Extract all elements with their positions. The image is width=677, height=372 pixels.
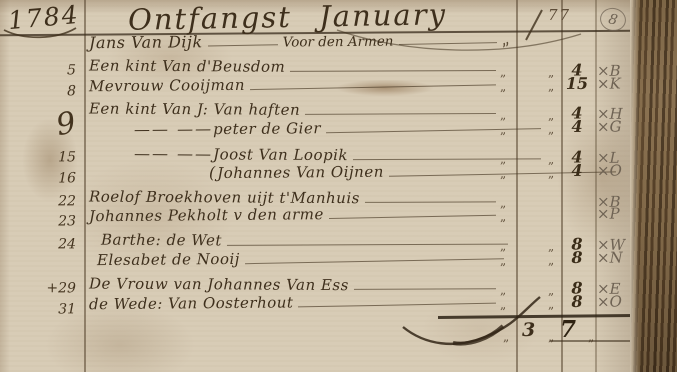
dash-line — [305, 113, 496, 115]
ditto-mark: „ — [548, 253, 554, 267]
ditto-dashes: —— —— — [134, 144, 213, 163]
entry-text: Elesabet de Nooij — [89, 248, 509, 270]
ditto-mark: „ — [548, 330, 554, 344]
dash-line — [365, 201, 496, 203]
entry-name: peter de Gier — [213, 119, 321, 138]
entry-name: Johannes Pekholt v den arme — [89, 206, 324, 226]
day-of-month: 8 — [14, 83, 76, 100]
dash-line — [208, 44, 278, 46]
total-bracket-flourish — [395, 293, 545, 351]
ledger-row: Elesabet de Nooij „ „ 8 ×N — [0, 246, 640, 274]
ditto-dashes: —— —— — [134, 119, 213, 139]
ledger-row: 23 Johannes Pekholt v den arme „ ×P — [0, 203, 640, 231]
ditto-mark: „ — [548, 166, 554, 180]
pencil-initial: ×K — [597, 74, 633, 92]
dash-line — [227, 244, 508, 246]
ditto-mark: „ — [500, 123, 506, 137]
pencil-initial: ×G — [597, 118, 633, 136]
day-of-month: 31 — [14, 301, 76, 318]
amount-stuivers: 8 — [561, 291, 593, 310]
ledger-row: 9 —— —— peter de Gier „ „ 4 ×G — [0, 116, 640, 144]
amount-stuivers: 4 — [561, 161, 593, 180]
day-of-month: +29 — [14, 280, 76, 296]
ditto-mark: „ — [500, 166, 506, 180]
pencil-initial: ×O — [597, 161, 633, 179]
ditto-mark: „ — [500, 254, 506, 268]
dash-line — [250, 84, 496, 90]
dash-line — [245, 258, 504, 264]
ditto-mark: „ — [548, 79, 554, 93]
day-of-month — [14, 257, 76, 258]
day-of-month: 5 — [14, 62, 76, 78]
ditto-mark: „ — [548, 297, 554, 311]
day-of-month: 15 — [14, 149, 76, 165]
dash-line — [329, 215, 496, 219]
book-binding-edge — [630, 0, 677, 372]
entry-name: Jans Van Dijk — [89, 32, 203, 52]
entry-name: Een kint Van J: Van haften — [89, 100, 300, 119]
dash-line — [399, 42, 496, 45]
entry-name: Een kint Van d'Beusdom — [89, 56, 285, 75]
ledger-row: 16 ( Johannes Van Oijnen „ „ 4 ×O — [0, 159, 640, 187]
entry-name: Roelof Broekhoven uijt t'Manhuis — [89, 187, 360, 207]
ditto-mark: „ — [588, 330, 594, 344]
entry-name: Johannes Van Oijnen — [217, 162, 384, 181]
entry-name: de Wede: Van Oosterhout — [89, 293, 294, 313]
entry-text: Jans Van Dijk Voor den Armen — [89, 30, 501, 53]
dash-line — [326, 128, 541, 133]
entry-name: De Vrouw van Johannes Van Ess — [89, 274, 349, 294]
entry-name: Elesabet de Nooij — [97, 250, 240, 269]
amount-stuivers: 15 — [561, 73, 593, 92]
entry-name: Mevrouw Cooijman — [89, 75, 245, 94]
ditto-mark: „ — [500, 79, 506, 93]
entry-text: Johannes Pekholt v den arme — [89, 204, 501, 226]
pencil-initial: ×O — [597, 292, 633, 310]
dash-line — [290, 70, 496, 72]
entry-text: Mevrouw Cooijman — [89, 73, 501, 95]
amount-stuivers: 4 — [561, 117, 593, 136]
total-column-2: 7 — [560, 316, 576, 343]
entry-text: —— —— peter de Gier — [89, 116, 546, 139]
amount-stuivers: 8 — [561, 248, 593, 267]
pencil-initial: ×P — [597, 205, 633, 223]
day-of-month: 23 — [14, 214, 76, 231]
entry-name: Barthe: de Wet — [101, 231, 222, 250]
ditto-mark: „ — [500, 210, 506, 224]
folio-number: 77 — [548, 6, 571, 24]
entry-text: ( Johannes Van Oijnen — [89, 159, 621, 183]
pencil-initial: ×N — [597, 248, 633, 266]
day-of-month — [14, 39, 76, 40]
ditto-mark: „ — [548, 122, 554, 136]
day-of-month: 16 — [14, 170, 76, 187]
entry-note: Voor den Armen — [283, 34, 394, 51]
day-of-month: 24 — [14, 236, 76, 252]
ledger-page: 1784 Ontfangst January 77 8 Jans Van Dij… — [0, 0, 677, 372]
dash-line — [354, 288, 496, 290]
